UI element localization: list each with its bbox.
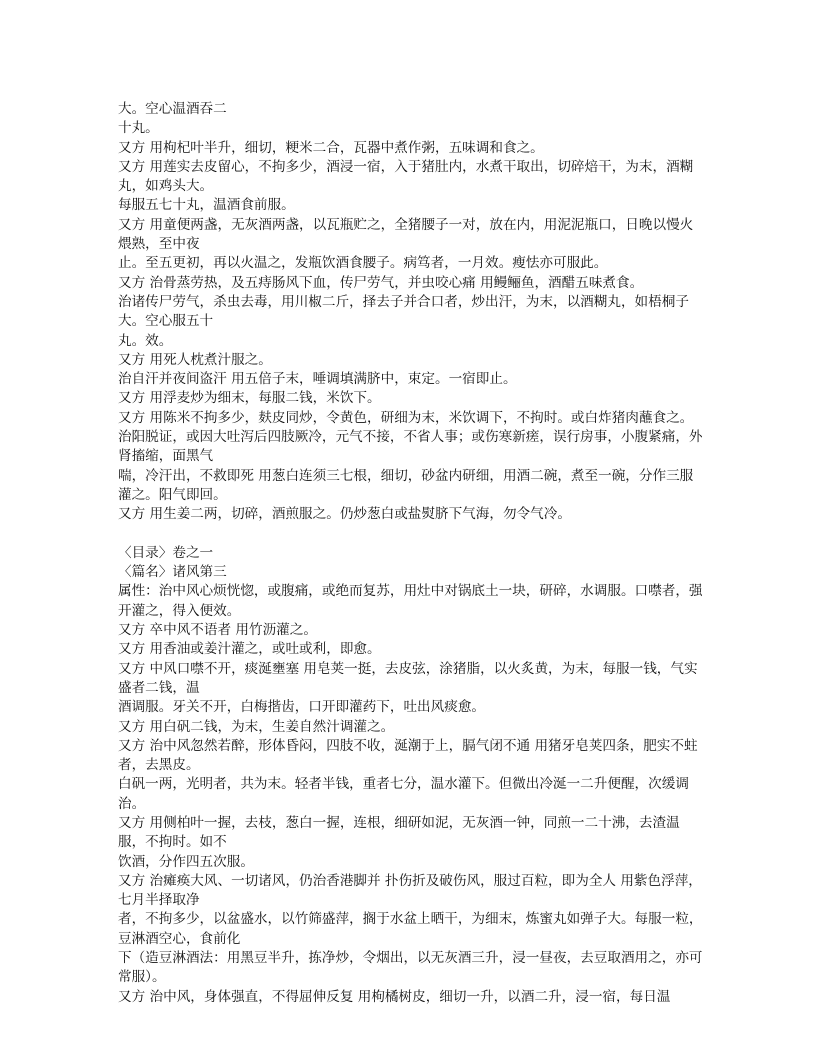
text-line: 每服五七十丸，温酒食前服。 bbox=[118, 196, 704, 215]
text-line: 又方 治瘫痪大风、一切诸风，仍治香港脚并 扑伤折及破伤风，服过百粒，即为全人 用… bbox=[118, 872, 704, 911]
text-line: 又方 用侧柏叶一握，去枝，葱白一握，连根，细研如泥，无灰酒一钟，同煎一二十沸，去… bbox=[118, 814, 704, 853]
text-line: 又方 用童便两盏，无灰酒两盏，以瓦瓶贮之，全猪腰子一对，放在内，用泥泥瓶口，日晚… bbox=[118, 216, 704, 255]
text-line: 治阳脱证，或因大吐泻后四肢厥冷，元气不接，不省人事；或伤寒新瘥，误行房事，小腹紧… bbox=[118, 428, 704, 467]
text-line: 下（造豆淋酒法：用黑豆半升，拣净炒，令烟出，以无灰酒三升，浸一昼夜，去豆取酒用之… bbox=[118, 949, 704, 988]
text-line: 又方 用白矾二钱，为末，生姜自然汁调灌之。 bbox=[118, 718, 704, 737]
text-line: 喘，冷汗出，不救即死 用葱白连须三七根，细切，砂盆内研细，用酒二碗，煮至一碗，分… bbox=[118, 467, 704, 506]
catalog-heading: 〈目录〉卷之一 bbox=[118, 544, 704, 563]
text-line: 又方 中风口噤不开，痰涎壅塞 用皂荚一挺，去皮弦，涂猪脂，以火炙黄，为末，每服一… bbox=[118, 660, 704, 699]
document-page: 大。空心温酒吞二 十丸。 又方 用枸杞叶半升，细切，粳米二合，瓦器中煮作粥，五味… bbox=[118, 100, 704, 1007]
text-line: 又方 治中风，身体强直，不得屈伸反复 用枸橘树皮，细切一升，以酒二升，浸一宿，每… bbox=[118, 988, 704, 1007]
text-line: 大。空心温酒吞二 bbox=[118, 100, 704, 119]
text-line: 又方 治骨蒸劳热，及五痔肠风下血，传尸劳气，并虫咬心痛 用鳗鲡鱼，酒醋五味煮食。 bbox=[118, 274, 704, 293]
text-line: 又方 用浮麦炒为细末，每服二钱，米饮下。 bbox=[118, 389, 704, 408]
text-line: 又方 用生姜二两，切碎，酒煎服之。仍炒葱白或盐熨脐下气海，勿令气冷。 bbox=[118, 505, 704, 524]
chapter-heading: 〈篇名〉诸风第三 bbox=[118, 563, 704, 582]
blank-line bbox=[118, 525, 704, 544]
text-line: 又方 治中风忽然若醉，形体昏闷，四肢不收，涎潮于上，膈气闭不通 用猪牙皂荚四条，… bbox=[118, 737, 704, 776]
text-line: 丸。效。 bbox=[118, 332, 704, 351]
text-line: 又方 用死人枕煮汁服之。 bbox=[118, 351, 704, 370]
text-line: 属性：治中风心烦恍惚，或腹痛，或绝而复苏，用灶中对锅底土一块，研碎，水调服。口噤… bbox=[118, 582, 704, 621]
text-line: 又方 卒中风不语者 用竹沥灌之。 bbox=[118, 621, 704, 640]
text-line: 酒调服。牙关不开，白梅揩齿，口开即灌药下，吐出风痰愈。 bbox=[118, 698, 704, 717]
text-line: 治诸传尸劳气，杀虫去毒，用川椒二斤，择去子并合口者，炒出汗，为末，以酒糊丸，如梧… bbox=[118, 293, 704, 332]
text-line: 饮酒，分作四五次服。 bbox=[118, 853, 704, 872]
text-line: 又方 用香油或姜汁灌之，或吐或利，即愈。 bbox=[118, 640, 704, 659]
text-line: 十丸。 bbox=[118, 119, 704, 138]
section-zhufeng: 〈目录〉卷之一 〈篇名〉诸风第三 属性：治中风心烦恍惚，或腹痛，或绝而复苏，用灶… bbox=[118, 544, 704, 1007]
text-line: 者，不拘多少，以盆盛水，以竹筛盛萍，搁于水盆上晒干，为细末，炼蜜丸如弹子大。每服… bbox=[118, 910, 704, 949]
text-line: 又方 用莲实去皮留心，不拘多少，酒浸一宿，入于猪肚内，水煮干取出，切碎焙干，为末… bbox=[118, 158, 704, 197]
text-line: 止。至五更初，再以火温之，发瓶饮酒食腰子。病笃者，一月效。瘦怯亦可服此。 bbox=[118, 254, 704, 273]
text-line: 白矾一两，光明者，共为末。轻者半钱，重者七分，温水灌下。但微出冷涎一二升便醒，次… bbox=[118, 775, 704, 814]
text-line: 治自汗并夜间盗汗 用五倍子末，唾调填满脐中，束定。一宿即止。 bbox=[118, 370, 704, 389]
text-line: 又方 用枸杞叶半升，细切，粳米二合，瓦器中煮作粥，五味调和食之。 bbox=[118, 139, 704, 158]
text-line: 又方 用陈米不拘多少，麸皮同炒，令黄色，研细为末，米饮调下，不拘时。或白炸猪肉蘸… bbox=[118, 409, 704, 428]
section-previous-recipes: 大。空心温酒吞二 十丸。 又方 用枸杞叶半升，细切，粳米二合，瓦器中煮作粥，五味… bbox=[118, 100, 704, 525]
